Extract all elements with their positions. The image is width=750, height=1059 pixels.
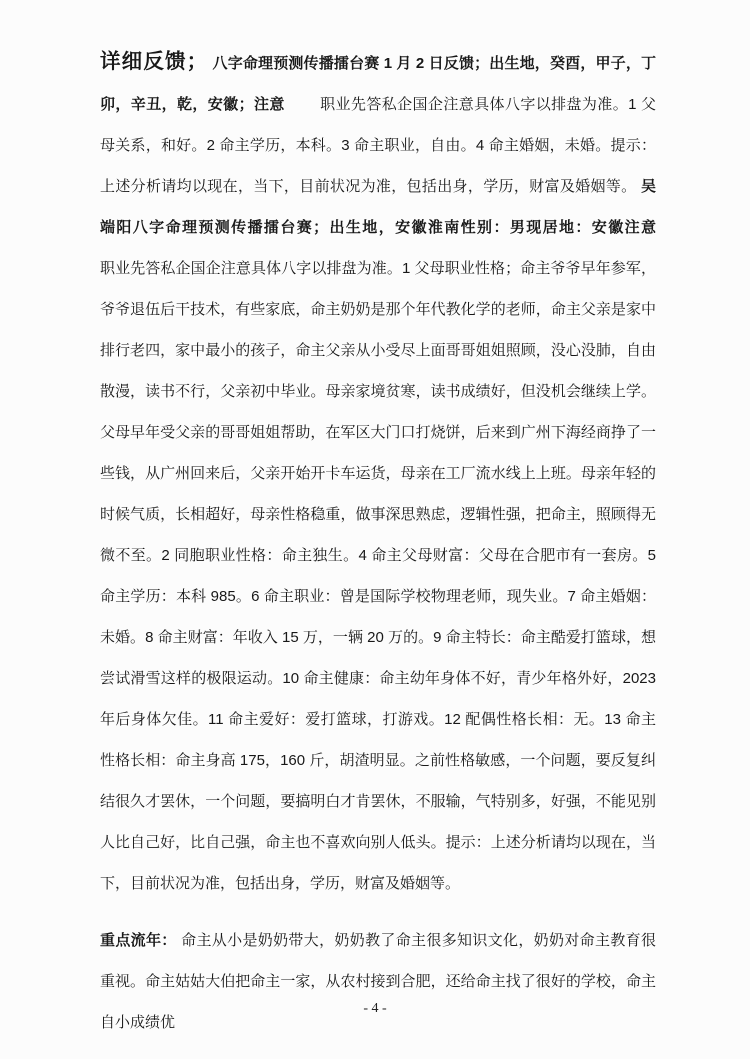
document-page: 详细反馈； 八字命理预测传播擂台赛 1 月 2 日反馈；出生地，癸酉，甲子，丁卯… bbox=[0, 0, 750, 1059]
text-run-detailed-feedback-body: 职业先答私企国企注意具体八字以排盘为准。1 父母职业性格；命主爷爷早年参军，爷爷… bbox=[100, 219, 690, 892]
key-years-label: 重点流年： bbox=[100, 932, 177, 949]
document-body: 详细反馈； 八字命理预测传播擂台赛 1 月 2 日反馈；出生地，癸酉，甲子，丁卯… bbox=[100, 42, 656, 1043]
page-number: - 4 - bbox=[363, 1001, 386, 1016]
page-footer: - 4 - bbox=[0, 1001, 750, 1017]
section-title: 详细反馈； bbox=[100, 51, 208, 73]
paragraph-detailed-feedback: 详细反馈； 八字命理预测传播擂台赛 1 月 2 日反馈；出生地，癸酉，甲子，丁卯… bbox=[100, 42, 656, 904]
paragraph-key-years: 重点流年： 命主从小是奶奶带大，奶奶教了命主很多知识文化，奶奶对命主教育很重视。… bbox=[100, 920, 656, 1043]
